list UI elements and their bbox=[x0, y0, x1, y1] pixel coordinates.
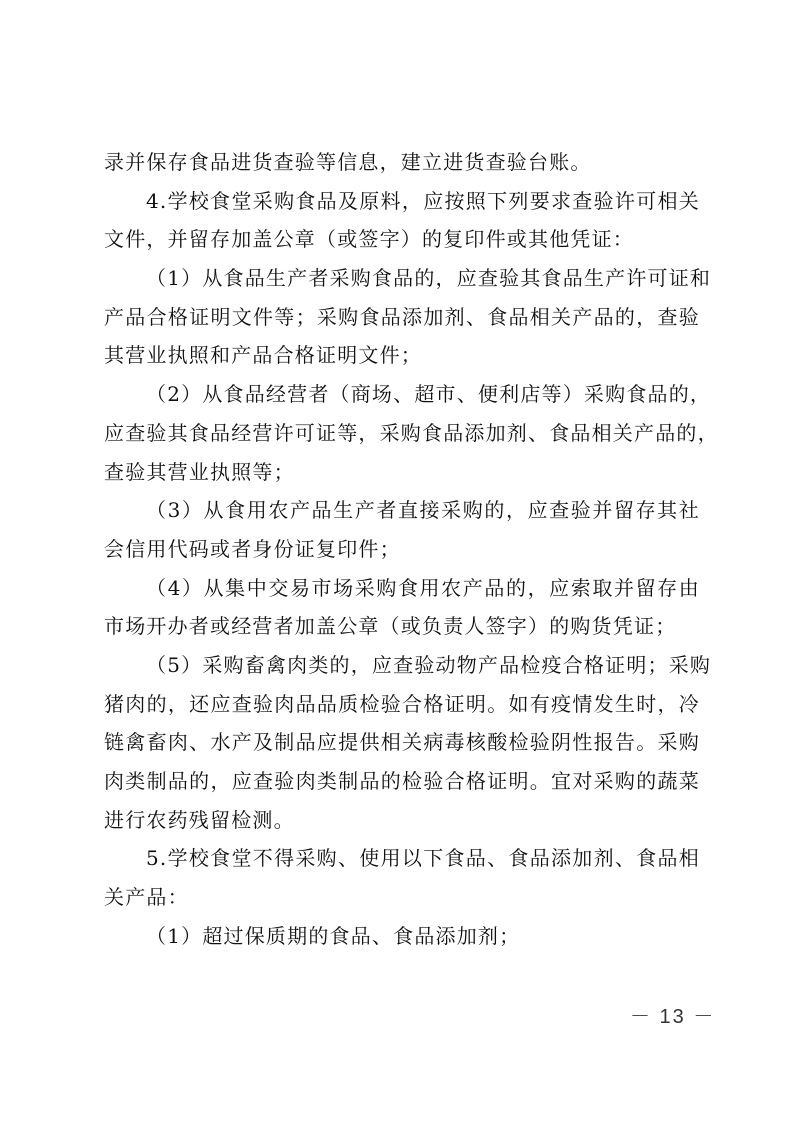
text-line: 录并保存食品进货查验等信息，建立进货查验台账。 bbox=[104, 143, 700, 182]
text-line: 链禽畜肉、水产及制品应提供相关病毒核酸检验阴性报告。采购 bbox=[104, 723, 700, 762]
text-line: 肉类制品的，应查验肉类制品的检验合格证明。宜对采购的蔬菜 bbox=[104, 762, 700, 801]
text-line: 关产品： bbox=[104, 878, 700, 917]
text-line: 产品合格证明文件等；采购食品添加剂、食品相关产品的，查验 bbox=[104, 298, 700, 337]
text-line: 会信用代码或者身份证复印件； bbox=[104, 530, 700, 569]
text-line: 市场开办者或经营者加盖公章（或负责人签字）的购货凭证； bbox=[104, 607, 700, 646]
text-line: （2）从食品经营者（商场、超市、便利店等）采购食品的， bbox=[104, 375, 700, 414]
text-line: 应查验其食品经营许可证等，采购食品添加剂、食品相关产品的， bbox=[104, 414, 700, 453]
text-line: （5）采购畜禽肉类的，应查验动物产品检疫合格证明；采购 bbox=[104, 646, 700, 685]
page-number: － 13 － bbox=[630, 1000, 715, 1029]
text-line: 4.学校食堂采购食品及原料，应按照下列要求查验许可相关 bbox=[104, 182, 700, 221]
text-line: （1）从食品生产者采购食品的，应查验其食品生产许可证和 bbox=[104, 259, 700, 298]
text-line: （4）从集中交易市场采购食用农产品的，应索取并留存由 bbox=[104, 569, 700, 608]
text-line: 其营业执照和产品合格证明文件； bbox=[104, 336, 700, 375]
document-page: 录并保存食品进货查验等信息，建立进货查验台账。 4.学校食堂采购食品及原料，应按… bbox=[0, 0, 794, 1123]
text-line: 5.学校食堂不得采购、使用以下食品、食品添加剂、食品相 bbox=[104, 839, 700, 878]
text-line: 文件，并留存加盖公章（或签字）的复印件或其他凭证： bbox=[104, 220, 700, 259]
text-line: （3）从食用农产品生产者直接采购的，应查验并留存其社 bbox=[104, 491, 700, 530]
text-line: 进行农药残留检测。 bbox=[104, 801, 700, 840]
text-line: 查验其营业执照等； bbox=[104, 453, 700, 492]
text-line: （1）超过保质期的食品、食品添加剂； bbox=[104, 917, 700, 956]
body-text: 录并保存食品进货查验等信息，建立进货查验台账。 4.学校食堂采购食品及原料，应按… bbox=[104, 143, 700, 955]
text-line: 猪肉的，还应查验肉品品质检验合格证明。如有疫情发生时，冷 bbox=[104, 685, 700, 724]
